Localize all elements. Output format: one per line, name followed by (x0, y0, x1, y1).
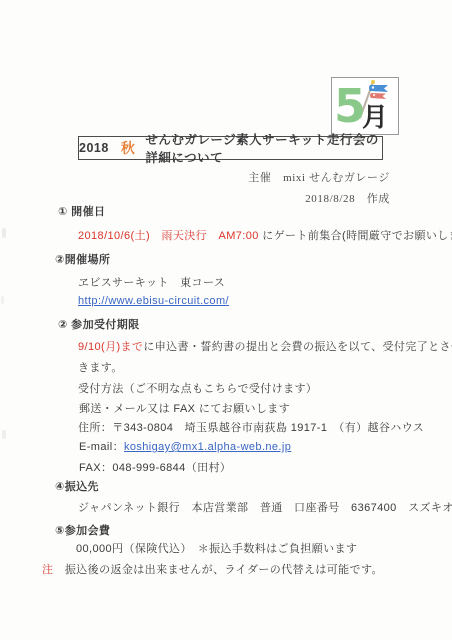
section-4-heading: ④振込先 (55, 478, 99, 494)
koinobori-icon: 5 月 (332, 78, 396, 132)
section-5-heading: ⑤参加会費 (55, 522, 110, 538)
fax-line: FAX：048-999-6844（田村） (79, 459, 231, 475)
title-season: 秋 (121, 138, 136, 158)
scan-artifact (2, 228, 6, 238)
reception-method-line: 受付方法（ご不明な点もこちらで受付けます） (78, 380, 317, 396)
scan-artifact (1, 296, 4, 304)
bank-account-line: ジャパンネット銀行 本店営業部 普通 口座番号 6367400 スズキオサム (78, 499, 452, 515)
deadline-continuation: きます。 (78, 359, 123, 375)
note-line: 注 振込後の返金は出来ませんが、ライダーの代替えは可能です。 (42, 561, 383, 577)
note-label: 注 (42, 564, 53, 576)
email-link[interactable]: koshigay@mx1.alpha-web.ne.jp (124, 441, 291, 453)
may-koinobori-logo: 5 月 (331, 77, 399, 135)
address-line: 住所：〒343-0804 埼玉県越谷市南荻島 1917-1 （有）越谷ハウス (78, 419, 424, 435)
email-label: E-mail： (79, 441, 124, 453)
created-date-line: 2018/8/28 作成 (305, 190, 390, 206)
note-text: 振込後の返金は出来ませんが、ライダーの代替えは可能です。 (65, 564, 383, 576)
section-2-heading: ②開催場所 (55, 251, 110, 267)
title-year: 2018 (79, 141, 109, 155)
event-date-rest: にゲート前集合(時間厳守でお願いします) (259, 230, 452, 242)
event-date-highlight: 2018/10/6(土) 雨天決行 AM7:00 (78, 230, 259, 242)
document-title: 2018 秋 せんむガレージ素人サーキット走行会の詳細について (78, 136, 383, 160)
event-date-line: 2018/10/6(土) 雨天決行 AM7:00 にゲート前集合(時間厳守でお願… (78, 227, 452, 243)
venue-line: ヱビスサーキット 東コース (78, 274, 225, 290)
section-1-heading: ① 開催日 (58, 203, 105, 219)
fee-line: 00,000円（保険代込） ＊振込手数料はご負担願います (76, 540, 357, 556)
venue-url-link[interactable]: http://www.ebisu-circuit.com/ (78, 295, 229, 307)
send-method-line: 郵送・メール又は FAX にてお願いします (79, 400, 290, 416)
scanned-document-page: 5 月 2018 秋 せんむガレージ素人サーキット走行会の詳細について 主催 m… (0, 0, 452, 640)
deadline-rest: に申込書・誓約書の提出と会費の振込を以て、受付完了とさせていただ (143, 341, 452, 353)
scan-artifact (2, 430, 6, 439)
deadline-line: 9/10(月)までに申込書・誓約書の提出と会費の振込を以て、受付完了とさせていた… (78, 338, 452, 354)
title-text: せんむガレージ素人サーキット走行会の詳細について (145, 130, 382, 166)
logo-month: 月 (362, 103, 388, 132)
email-line: E-mail：koshigay@mx1.alpha-web.ne.jp (79, 438, 291, 454)
section-3-heading: ② 参加受付期限 (58, 316, 140, 332)
organizer-line: 主催 mixi せんむガレージ (248, 169, 390, 185)
deadline-highlight: 9/10(月)まで (78, 341, 143, 353)
